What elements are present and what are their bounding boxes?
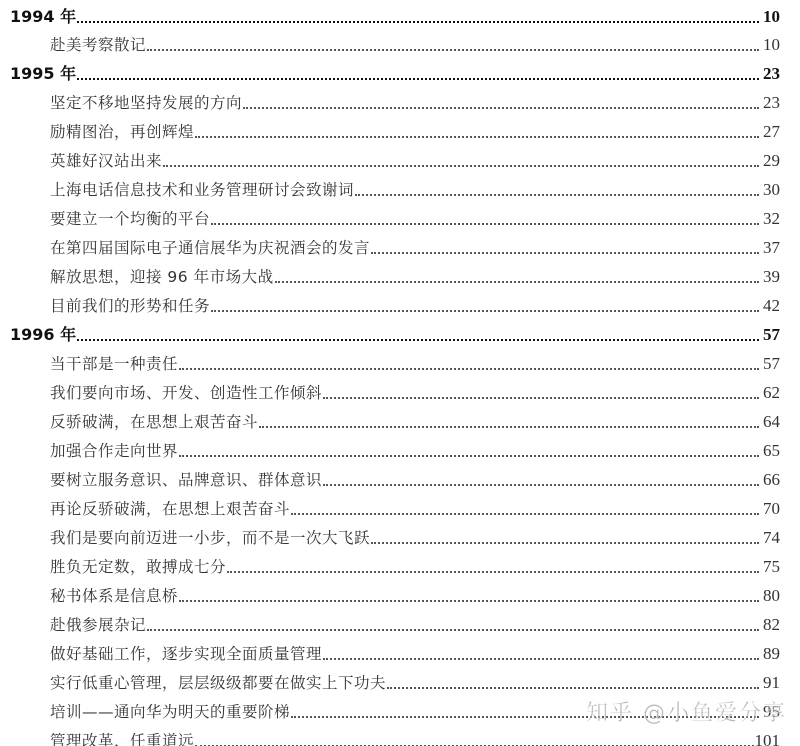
- toc-entry[interactable]: 管理改革，任重道远 101: [50, 724, 780, 746]
- dot-leader: [211, 290, 759, 312]
- page-number: 91: [760, 673, 780, 695]
- page-number: 82: [760, 615, 780, 637]
- entry-title: 我们要向市场、开发、创造性工作倾斜: [50, 383, 322, 405]
- dot-leader: [275, 261, 759, 283]
- page-number: 57: [760, 354, 780, 376]
- toc-entry[interactable]: 目前我们的形势和任务 42: [50, 289, 780, 318]
- entry-title: 坚定不移地坚持发展的方向: [50, 93, 242, 115]
- toc-entry[interactable]: 解放思想，迎接 96 年市场大战 39: [50, 260, 780, 289]
- entry-title: 英雄好汉站出来: [50, 151, 162, 173]
- entry-title: 我们是要向前迈进一小步，而不是一次大飞跃: [50, 528, 370, 550]
- dot-leader: [211, 203, 759, 225]
- page-number: 37: [760, 238, 780, 260]
- entry-title: 管理改革，任重道远: [50, 731, 194, 746]
- dot-leader: [371, 522, 759, 544]
- entry-title: 解放思想，迎接 96 年市场大战: [50, 267, 274, 289]
- entry-title: 实行低重心管理，层层级级都要在做实上下功夫: [50, 673, 386, 695]
- page-number: 75: [760, 557, 780, 579]
- toc-year-heading[interactable]: 1995 年 23: [10, 57, 780, 86]
- entry-title: 当干部是一种责任: [50, 354, 178, 376]
- toc-entry[interactable]: 赴美考察散记 10: [50, 28, 780, 57]
- page-number: 80: [760, 586, 780, 608]
- dot-leader: [371, 232, 759, 254]
- entry-title: 上海电话信息技术和业务管理研讨会致谢词: [50, 180, 354, 202]
- toc-entry[interactable]: 励精图治，再创辉煌 27: [50, 115, 780, 144]
- page-number: 64: [760, 412, 780, 434]
- dot-leader: [323, 638, 759, 660]
- toc-entry[interactable]: 要建立一个均衡的平台 32: [50, 202, 780, 231]
- toc-entry[interactable]: 做好基础工作，逐步实现全面质量管理 89: [50, 637, 780, 666]
- toc-year-heading[interactable]: 1994 年 10: [10, 0, 780, 29]
- page-number: 74: [760, 528, 780, 550]
- toc-entry[interactable]: 培训——通向华为明天的重要阶梯 95: [50, 695, 780, 724]
- page-number: 62: [760, 383, 780, 405]
- page-number: 32: [760, 209, 780, 231]
- toc-entry[interactable]: 当干部是一种责任 57: [50, 347, 780, 376]
- toc-entry[interactable]: 坚定不移地坚持发展的方向 23: [50, 86, 780, 115]
- entry-title: 励精图治，再创辉煌: [50, 122, 194, 144]
- dot-leader: [195, 116, 759, 138]
- page-number: 66: [760, 470, 780, 492]
- entry-title: 胜负无定数，敢搏成七分: [50, 557, 226, 579]
- entry-title: 做好基础工作，逐步实现全面质量管理: [50, 644, 322, 666]
- toc-entry[interactable]: 反骄破满，在思想上艰苦奋斗 64: [50, 405, 780, 434]
- entry-title: 加强合作走向世界: [50, 441, 178, 463]
- toc-entry[interactable]: 在第四届国际电子通信展华为庆祝酒会的发言 37: [50, 231, 780, 260]
- year-label: 1995 年: [10, 64, 76, 86]
- toc-entry[interactable]: 英雄好汉站出来 29: [50, 144, 780, 173]
- dot-leader: [227, 551, 759, 573]
- toc-entry[interactable]: 要树立服务意识、品牌意识、群体意识 66: [50, 463, 780, 492]
- dot-leader: [179, 580, 759, 602]
- entry-title: 赴美考察散记: [50, 35, 146, 57]
- toc-entry[interactable]: 赴俄参展杂记 82: [50, 608, 780, 637]
- page-number: 70: [760, 499, 780, 521]
- entry-title: 秘书体系是信息桥: [50, 586, 178, 608]
- dot-leader: [259, 406, 759, 428]
- dot-leader: [179, 435, 759, 457]
- page-number: 29: [760, 151, 780, 173]
- toc-entry[interactable]: 再论反骄破满，在思想上艰苦奋斗 70: [50, 492, 780, 521]
- dot-leader: [323, 377, 759, 399]
- page-number: 10: [760, 7, 780, 29]
- dot-leader: [195, 725, 753, 746]
- page-number: 30: [760, 180, 780, 202]
- entry-title: 要建立一个均衡的平台: [50, 209, 210, 231]
- dot-leader: [323, 464, 759, 486]
- dot-leader: [147, 29, 759, 51]
- toc-entry[interactable]: 我们是要向前迈进一小步，而不是一次大飞跃 74: [50, 521, 780, 550]
- dot-leader: [291, 493, 759, 515]
- year-label: 1996 年: [10, 325, 76, 347]
- toc-entry[interactable]: 实行低重心管理，层层级级都要在做实上下功夫 91: [50, 666, 780, 695]
- entry-title: 在第四届国际电子通信展华为庆祝酒会的发言: [50, 238, 370, 260]
- entry-title: 要树立服务意识、品牌意识、群体意识: [50, 470, 322, 492]
- entry-title: 再论反骄破满，在思想上艰苦奋斗: [50, 499, 290, 521]
- toc-entry[interactable]: 胜负无定数，敢搏成七分 75: [50, 550, 780, 579]
- page-number: 89: [760, 644, 780, 666]
- toc-entry[interactable]: 上海电话信息技术和业务管理研讨会致谢词 30: [50, 173, 780, 202]
- dot-leader: [77, 319, 759, 341]
- entry-title: 赴俄参展杂记: [50, 615, 146, 637]
- page-number: 10: [760, 35, 780, 57]
- dot-leader: [291, 696, 759, 718]
- dot-leader: [355, 174, 759, 196]
- entry-title: 培训——通向华为明天的重要阶梯: [50, 702, 290, 724]
- page-number: 42: [760, 296, 780, 318]
- dot-leader: [77, 1, 759, 23]
- page-number: 23: [760, 93, 780, 115]
- page-number: 101: [755, 731, 781, 746]
- toc-entry[interactable]: 加强合作走向世界 65: [50, 434, 780, 463]
- entry-title: 反骄破满，在思想上艰苦奋斗: [50, 412, 258, 434]
- page-number: 39: [760, 267, 780, 289]
- toc-year-heading[interactable]: 1996 年 57: [10, 318, 780, 347]
- page-number: 27: [760, 122, 780, 144]
- dot-leader: [179, 348, 759, 370]
- page-number: 95: [760, 702, 780, 724]
- toc-entry[interactable]: 我们要向市场、开发、创造性工作倾斜 62: [50, 376, 780, 405]
- dot-leader: [387, 667, 759, 689]
- page-number: 23: [760, 64, 780, 86]
- dot-leader: [163, 145, 759, 167]
- dot-leader: [243, 87, 759, 109]
- dot-leader: [77, 58, 759, 80]
- dot-leader: [147, 609, 759, 631]
- toc-entry[interactable]: 秘书体系是信息桥 80: [50, 579, 780, 608]
- page-number: 57: [760, 325, 780, 347]
- entry-title: 目前我们的形势和任务: [50, 296, 210, 318]
- page-number: 65: [760, 441, 780, 463]
- year-label: 1994 年: [10, 7, 76, 29]
